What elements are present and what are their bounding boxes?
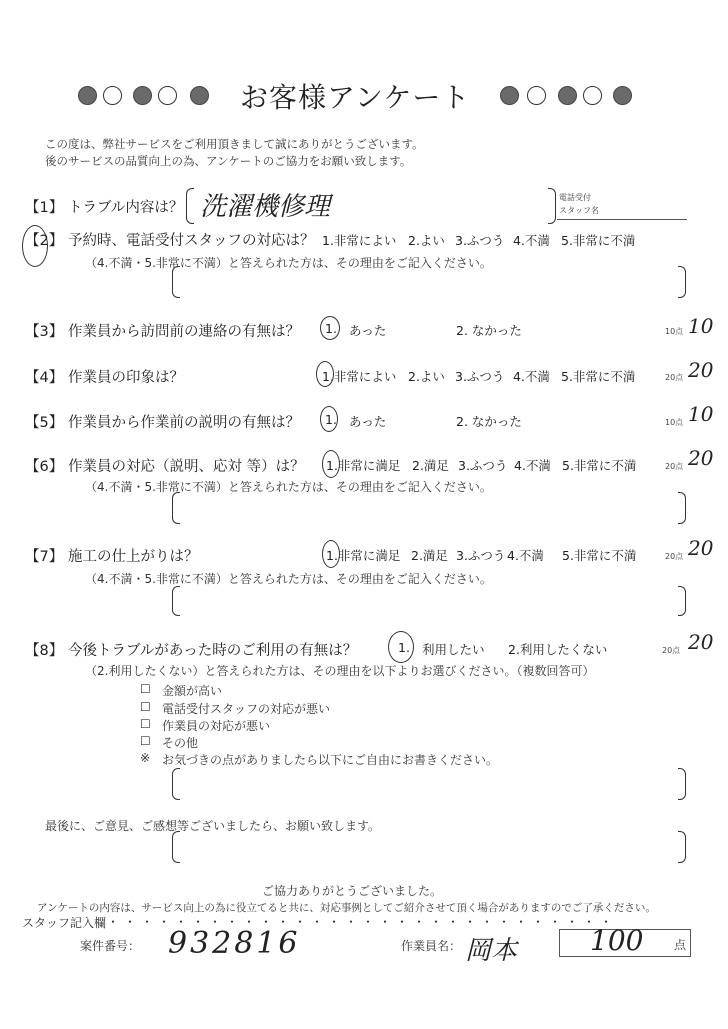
score-unit: 点	[674, 936, 686, 953]
q3-option-1-number[interactable]: 1.	[325, 321, 337, 336]
page-title: お客様アンケート	[240, 76, 470, 116]
q4-option-1[interactable]: 1.非常によい	[322, 367, 396, 385]
bracket-right	[678, 266, 686, 298]
q4-points-label: 20点	[665, 372, 683, 383]
q6-option-5[interactable]: 5.非常に不満	[562, 456, 636, 474]
q7-reason-field[interactable]	[182, 589, 677, 613]
q3-score[interactable]: 10	[688, 314, 713, 338]
q5-number: 【5】	[25, 411, 63, 432]
case-number-field[interactable]: 932816	[168, 926, 301, 961]
q8-reason-note: （2.利用したくない）と答えられた方は、その理由を以下よりお選びください。（複数…	[85, 662, 594, 679]
q8-reason-option-1[interactable]: 金額が高い	[162, 682, 222, 699]
q6-label: 作業員の対応（説明、応対 等）は？	[68, 455, 305, 476]
bracket-right	[548, 188, 556, 224]
q6-score[interactable]: 20	[688, 446, 713, 470]
q1-label: トラブル内容は？	[68, 196, 183, 217]
q4-number: 【4】	[25, 366, 63, 387]
bracket-right	[678, 768, 686, 800]
q2-number: 【2】	[25, 229, 63, 250]
q4-option-4[interactable]: 4.不満	[513, 367, 550, 385]
bracket-left	[172, 586, 180, 616]
q7-option-4[interactable]: 4.不満	[507, 546, 544, 564]
q7-option-1[interactable]: 1.非常に満足	[326, 546, 400, 564]
comment-prompt: 最後に、ご意見、ご感想等ございましたら、お願い致します。	[45, 817, 380, 834]
q2-option-4[interactable]: 4.不満	[513, 231, 550, 249]
q7-option-3[interactable]: 3.ふつう	[456, 546, 505, 564]
q3-number: 【3】	[25, 320, 63, 341]
q6-points-label: 20点	[665, 461, 683, 472]
q8-points-label: 20点	[662, 645, 680, 656]
checkbox-icon[interactable]: ☐	[140, 734, 151, 748]
q8-option-2[interactable]: 2.利用したくない	[508, 640, 607, 658]
staff-name-label: スタッフ名	[559, 205, 599, 217]
q7-option-2[interactable]: 2.満足	[411, 546, 448, 564]
q7-reason-note: （4.不満・5.非常に不満）と答えられた方は、その理由をご記入ください。	[85, 570, 492, 587]
q7-option-5[interactable]: 5.非常に不満	[562, 546, 636, 564]
bracket-right	[678, 492, 686, 524]
q8-reason-option-2[interactable]: 電話受付スタッフの対応が悪い	[162, 700, 330, 717]
bracket-left	[172, 266, 180, 298]
q3-option-1[interactable]: あった	[349, 321, 386, 339]
header: お客様アンケート	[0, 76, 728, 116]
comment-field[interactable]	[182, 835, 677, 859]
q2-reason-field[interactable]	[182, 270, 677, 294]
decor-dot-filled-icon	[78, 86, 97, 105]
decor-dot-filled-icon	[190, 86, 209, 105]
q3-label: 作業員から訪問前の連絡の有無は？	[68, 320, 300, 341]
q3-points-label: 10点	[665, 326, 683, 337]
q2-option-1[interactable]: 1.非常によい	[322, 231, 396, 249]
q8-reason-option-4[interactable]: その他	[162, 734, 198, 751]
total-score[interactable]: 100	[590, 924, 643, 957]
intro-line-2: 後のサービスの品質向上の為、アンケートのご協力をお願い致します。	[45, 153, 411, 170]
q5-option-1-number[interactable]: 1.	[325, 412, 337, 427]
q4-score[interactable]: 20	[688, 358, 713, 382]
q1-answer-field[interactable]: 洗濯機修理	[200, 186, 330, 223]
decor-dot-hollow-icon	[103, 86, 122, 105]
reference-mark-icon: ※	[140, 751, 150, 765]
q2-reason-note: （4.不満・5.非常に不満）と答えられた方は、その理由をご記入ください。	[85, 254, 492, 271]
q6-number: 【6】	[25, 455, 63, 476]
q5-label: 作業員から作業前の説明の有無は？	[68, 411, 300, 432]
worker-name-field[interactable]: 岡本	[465, 930, 517, 967]
thanks-text: ご協力ありがとうございました。	[262, 882, 442, 899]
checkbox-icon[interactable]: ☐	[140, 717, 151, 731]
q7-number: 【7】	[25, 545, 63, 566]
decor-dot-hollow-icon	[583, 86, 602, 105]
q8-option-1-number[interactable]: 1.	[398, 640, 410, 655]
q8-free-text-field[interactable]	[182, 772, 677, 796]
bracket-left	[172, 768, 180, 800]
q7-points-label: 20点	[665, 551, 683, 562]
q3-option-2[interactable]: 2. なかった	[456, 321, 522, 339]
q4-option-2[interactable]: 2.よい	[408, 367, 445, 385]
q5-option-2[interactable]: 2. なかった	[456, 412, 522, 430]
bracket-left	[186, 188, 194, 224]
q8-option-1[interactable]: 利用したい	[422, 640, 485, 658]
q5-option-1[interactable]: あった	[349, 412, 386, 430]
q7-score[interactable]: 20	[688, 536, 713, 560]
q4-label: 作業員の印象は？	[68, 366, 184, 387]
worker-name-label: 作業員名：	[401, 937, 461, 954]
decor-dot-hollow-icon	[158, 86, 177, 105]
q8-free-note: お気づきの点がありましたら以下にご自由にお書きください。	[162, 751, 498, 768]
staff-name-underline[interactable]	[557, 219, 687, 220]
staff-section-label: スタッフ記入欄	[22, 914, 106, 931]
bracket-right	[678, 586, 686, 616]
q6-reason-field[interactable]	[182, 496, 677, 520]
q4-option-3[interactable]: 3.ふつう	[455, 367, 504, 385]
intro-line-1: この度は、弊社サービスをご利用頂きまして誠にありがとうございます。	[45, 136, 424, 153]
q6-option-4[interactable]: 4.不満	[514, 456, 551, 474]
q2-option-3[interactable]: 3.ふつう	[455, 231, 504, 249]
case-number-label: 案件番号：	[80, 937, 140, 954]
q4-option-5[interactable]: 5.非常に不満	[561, 367, 635, 385]
q8-reason-option-3[interactable]: 作業員の対応が悪い	[162, 717, 270, 734]
bracket-left	[172, 492, 180, 524]
decor-dot-filled-icon	[133, 86, 152, 105]
checkbox-icon[interactable]: ☐	[140, 682, 151, 696]
decor-dot-filled-icon	[558, 86, 577, 105]
bracket-right	[678, 831, 686, 863]
q8-number: 【8】	[25, 639, 63, 660]
q6-reason-note: （4.不満・5.非常に不満）と答えられた方は、その理由をご記入ください。	[85, 478, 492, 495]
q2-option-5[interactable]: 5.非常に不満	[561, 231, 635, 249]
q5-points-label: 10点	[665, 417, 683, 428]
q2-label: 予約時、電話受付スタッフの対応は？	[68, 229, 315, 250]
bracket-left	[172, 831, 180, 863]
q6-option-2[interactable]: 2.満足	[412, 456, 449, 474]
decor-dot-filled-icon	[613, 86, 632, 105]
q2-option-2[interactable]: 2.よい	[408, 231, 445, 249]
staff-reception-label: 電話受付	[559, 192, 591, 204]
q6-option-3[interactable]: 3.ふつう	[458, 456, 507, 474]
q8-score[interactable]: 20	[688, 630, 713, 654]
decor-dot-hollow-icon	[527, 86, 546, 105]
decor-dot-filled-icon	[500, 86, 519, 105]
q8-label: 今後トラブルがあった時のご利用の有無は？	[68, 639, 357, 660]
q1-number: 【1】	[25, 196, 63, 217]
q6-option-1[interactable]: 1.非常に満足	[326, 456, 400, 474]
q7-label: 施工の仕上がりは？	[68, 545, 199, 566]
q5-score[interactable]: 10	[688, 402, 713, 426]
checkbox-icon[interactable]: ☐	[140, 700, 151, 714]
